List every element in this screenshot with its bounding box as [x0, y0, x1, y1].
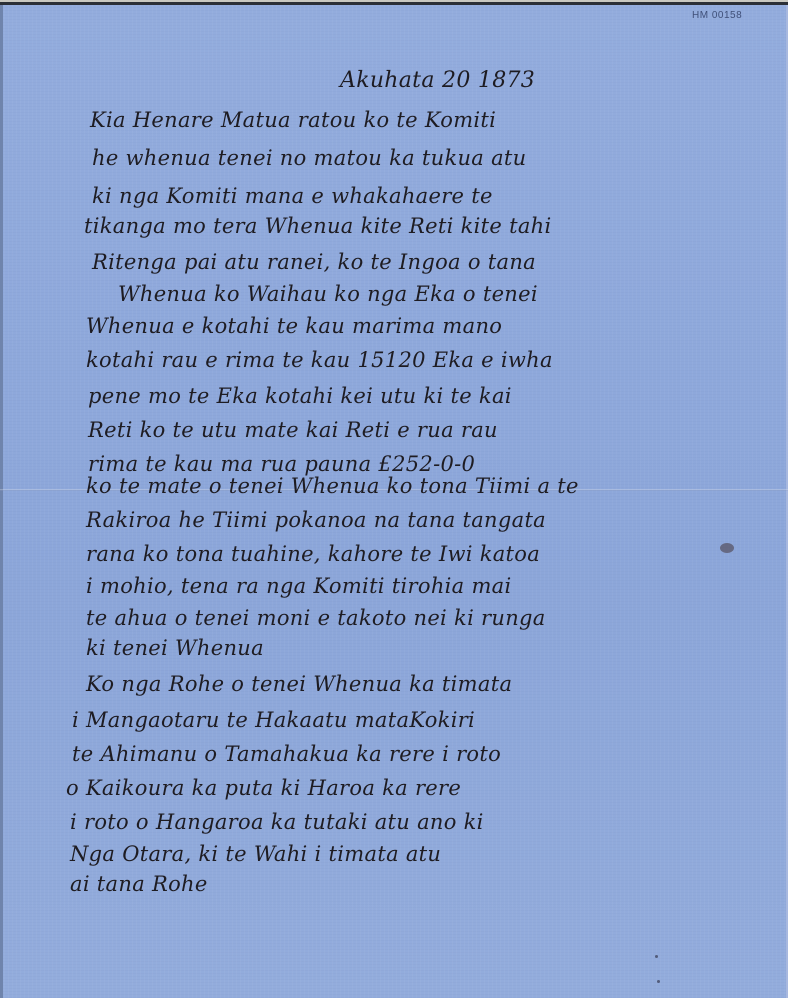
letter-line: rana ko tona tuahine, kahore te Iwi kato… — [86, 542, 540, 566]
letter-line: he whenua tenei no matou ka tukua atu — [92, 146, 526, 170]
letter-line: o Kaikoura ka puta ki Haroa ka rere — [66, 776, 461, 800]
archive-reference: HM 00158 — [692, 10, 742, 21]
letter-line: ki tenei Whenua — [86, 636, 264, 660]
paper-spot — [657, 980, 660, 983]
ink-stain — [720, 543, 734, 553]
letter-line: rima te kau ma rua pauna £252-0-0 — [88, 452, 475, 476]
letter-line: Reti ko te utu mate kai Reti e rua rau — [88, 418, 498, 442]
letter-line: i mohio, tena ra nga Komiti tirohia mai — [86, 574, 512, 598]
letter-line: ai tana Rohe — [70, 872, 208, 896]
letter-line: te ahua o tenei moni e takoto nei ki run… — [86, 606, 546, 630]
letter-line: Kia Henare Matua ratou ko te Komiti — [90, 108, 496, 132]
letter-line: Ko nga Rohe o tenei Whenua ka timata — [86, 672, 512, 696]
letter-line: kotahi rau e rima te kau 15120 Eka e iwh… — [86, 348, 553, 372]
letter-line: Nga Otara, ki te Wahi i timata atu — [70, 842, 441, 866]
letter-date: Akuhata 20 1873 — [340, 68, 535, 93]
paper-left-edge — [0, 5, 3, 998]
letter-line: i Mangaotaru te Hakaatu mataKokiri — [72, 708, 475, 732]
letter-line: Ritenga pai atu ranei, ko te Ingoa o tan… — [92, 250, 536, 274]
letter-line: te Ahimanu o Tamahakua ka rere i roto — [72, 742, 501, 766]
letter-line: pene mo te Eka kotahi kei utu ki te kai — [88, 384, 512, 408]
letter-line: ko te mate o tenei Whenua ko tona Tiimi … — [86, 474, 579, 498]
letter-line: Whenua e kotahi te kau marima mano — [86, 314, 502, 338]
letter-line: ki nga Komiti mana e whakahaere te — [92, 184, 493, 208]
letter-line: Rakiroa he Tiimi pokanoa na tana tangata — [86, 508, 546, 532]
paper-spot — [655, 955, 658, 958]
letter-line: i roto o Hangaroa ka tutaki atu ano ki — [70, 810, 484, 834]
letter-line: tikanga mo tera Whenua kite Reti kite ta… — [84, 214, 552, 238]
paper-top-edge — [0, 0, 788, 5]
letter-line: Whenua ko Waihau ko nga Eka o tenei — [118, 282, 538, 306]
